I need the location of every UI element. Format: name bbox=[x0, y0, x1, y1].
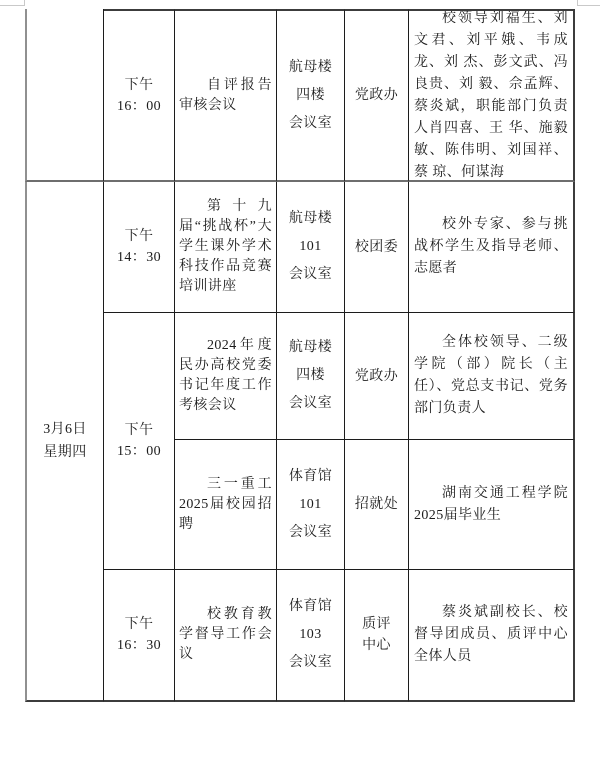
organizer-cell: 党政办 bbox=[345, 9, 409, 182]
time-cell: 下午 14：30 bbox=[104, 182, 175, 313]
location-floor: 四楼 bbox=[296, 362, 325, 390]
meeting-title: 校教育教学督导工作会议 bbox=[175, 605, 276, 665]
time-period: 下午 bbox=[125, 75, 154, 96]
attendees-list: 湖南交通工程学院2025届毕业生 bbox=[409, 483, 573, 527]
attendees-list: 全体校领导、二级学院（部）院长（主任）、党总支书记、党务部门负责人 bbox=[409, 332, 573, 420]
meeting-title-cell: 2024年度民办高校党委书记年度工作考核会议 bbox=[175, 313, 277, 440]
location-building: 航母楼 bbox=[289, 54, 332, 82]
organizer-name: 党政办 bbox=[355, 85, 398, 106]
meeting-title: 第十九届“挑战杯”大学生课外学术科技作品竞赛培训讲座 bbox=[175, 197, 276, 297]
meeting-title-cell: 校教育教学督导工作会议 bbox=[175, 570, 277, 702]
location-cell: 航母楼 四楼 会议室 bbox=[277, 313, 345, 440]
organizer-name: 质评 bbox=[362, 614, 391, 635]
location-floor: 101 bbox=[299, 491, 321, 519]
attendees-cell: 校领导刘福生、刘文君、刘平娥、韦成龙、刘 杰、彭文武、冯良贵、刘 毅、佘孟辉、蔡… bbox=[409, 9, 575, 182]
organizer-cell: 校团委 bbox=[345, 182, 409, 313]
meeting-title: 三一重工2025届校园招聘 bbox=[175, 475, 276, 535]
organizer-name-2: 中心 bbox=[362, 635, 391, 656]
attendees-list: 蔡炎斌副校长、校督导团成员、质评中心全体人员 bbox=[409, 602, 573, 668]
meeting-title: 2024年度民办高校党委书记年度工作考核会议 bbox=[175, 336, 276, 416]
location-building: 航母楼 bbox=[289, 205, 332, 233]
schedule-table: 下午 16：00 自评报告审核会议 航母楼 四楼 会议室 党政办 校领导刘福生、… bbox=[25, 9, 575, 702]
attendees-cell: 全体校领导、二级学院（部）院长（主任）、党总支书记、党务部门负责人 bbox=[409, 313, 575, 440]
time-period: 下午 bbox=[125, 614, 154, 635]
date-cell: 3月6日 星期四 bbox=[25, 182, 104, 702]
attendees-cell: 湖南交通工程学院2025届毕业生 bbox=[409, 440, 575, 570]
time-cell-merged: 下午 15：00 bbox=[104, 313, 175, 570]
location-cell: 体育馆 103 会议室 bbox=[277, 570, 345, 702]
time-value: 14：30 bbox=[117, 247, 161, 268]
organizer-cell: 招就处 bbox=[345, 440, 409, 570]
location-floor: 103 bbox=[299, 621, 321, 649]
location-building: 航母楼 bbox=[289, 334, 332, 362]
location-floor: 四楼 bbox=[296, 82, 325, 110]
location-cell: 航母楼 101 会议室 bbox=[277, 182, 345, 313]
organizer-cell: 质评 中心 bbox=[345, 570, 409, 702]
page-corner-mark-top-left-h bbox=[0, 5, 25, 6]
time-value: 15：00 bbox=[117, 441, 161, 462]
location-room: 会议室 bbox=[289, 649, 332, 677]
date-value: 3月6日 bbox=[43, 418, 87, 441]
time-cell: 下午 16：30 bbox=[104, 570, 175, 702]
date-cell-continued bbox=[25, 9, 104, 182]
weekday-value: 星期四 bbox=[43, 441, 86, 464]
organizer-name: 党政办 bbox=[355, 366, 398, 387]
location-room: 会议室 bbox=[289, 110, 332, 138]
organizer-name: 招就处 bbox=[355, 494, 398, 515]
time-period: 下午 bbox=[125, 420, 154, 441]
document-page: 下午 16：00 自评报告审核会议 航母楼 四楼 会议室 党政办 校领导刘福生、… bbox=[0, 0, 600, 778]
location-room: 会议室 bbox=[289, 261, 332, 289]
attendees-list: 校外专家、参与挑战杯学生及指导老师、志愿者 bbox=[409, 214, 573, 280]
meeting-title-cell: 三一重工2025届校园招聘 bbox=[175, 440, 277, 570]
location-cell: 航母楼 四楼 会议室 bbox=[277, 9, 345, 182]
meeting-title: 自评报告审核会议 bbox=[175, 76, 276, 116]
organizer-name: 校团委 bbox=[355, 237, 398, 258]
location-room: 会议室 bbox=[289, 519, 332, 547]
location-building: 体育馆 bbox=[289, 463, 332, 491]
page-corner-mark-top-right-h bbox=[578, 5, 600, 6]
location-building: 体育馆 bbox=[289, 593, 332, 621]
organizer-cell: 党政办 bbox=[345, 313, 409, 440]
time-value: 16：30 bbox=[117, 635, 161, 656]
attendees-cell: 蔡炎斌副校长、校督导团成员、质评中心全体人员 bbox=[409, 570, 575, 702]
page-corner-mark-top-left-v bbox=[24, 0, 25, 6]
location-cell: 体育馆 101 会议室 bbox=[277, 440, 345, 570]
time-period: 下午 bbox=[125, 226, 154, 247]
attendees-cell: 校外专家、参与挑战杯学生及指导老师、志愿者 bbox=[409, 182, 575, 313]
location-room: 会议室 bbox=[289, 390, 332, 418]
location-floor: 101 bbox=[299, 233, 321, 261]
meeting-title-cell: 自评报告审核会议 bbox=[175, 9, 277, 182]
page-corner-mark-top-right-v bbox=[577, 0, 578, 6]
time-cell: 下午 16：00 bbox=[104, 9, 175, 182]
time-value: 16：00 bbox=[117, 96, 161, 117]
attendees-list: 校领导刘福生、刘文君、刘平娥、韦成龙、刘 杰、彭文武、冯良贵、刘 毅、佘孟辉、蔡… bbox=[409, 9, 573, 182]
meeting-title-cell: 第十九届“挑战杯”大学生课外学术科技作品竞赛培训讲座 bbox=[175, 182, 277, 313]
